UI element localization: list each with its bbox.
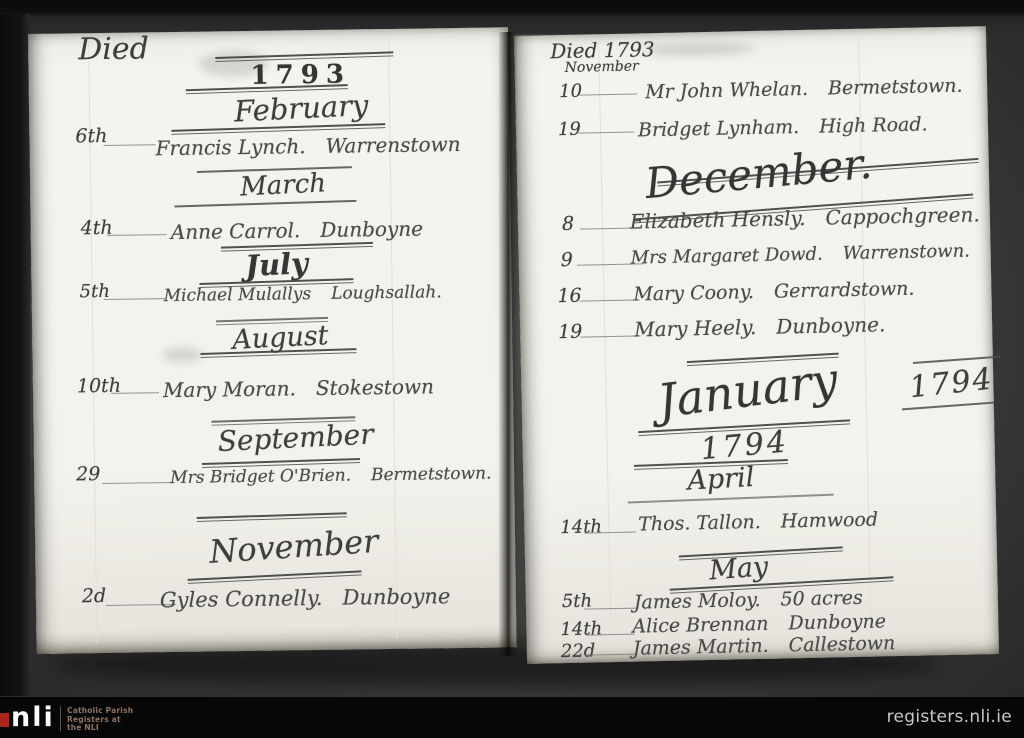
entry-place: High Road. (819, 115, 928, 136)
month-heading-november: November (208, 525, 379, 568)
register-entry: James Martin. Callestown (633, 634, 896, 658)
entry-name: Mr John Whelan. (645, 80, 808, 102)
entry-place: Dunboyne (788, 612, 886, 633)
entry-day: 16 (557, 287, 582, 307)
background-left-band (0, 14, 30, 696)
entry-dash (578, 132, 634, 134)
entry-place: Stokestown (316, 376, 434, 398)
entry-dash (584, 532, 636, 534)
entry-place: Dunboyne (342, 586, 450, 609)
entry-day: 29 (76, 465, 100, 484)
footer-brand-line: the NLI (67, 724, 133, 733)
entry-name: Mrs Margaret Dowd. (630, 246, 822, 268)
entry-place: 50 acres (780, 589, 863, 610)
entry-dash (107, 234, 167, 236)
page-header-died: Died (78, 34, 149, 65)
margin-year: 1794 (908, 364, 995, 403)
entry-place: Bermetstown. (828, 77, 963, 99)
entry-dash (104, 298, 166, 300)
entry-day: 2d (82, 587, 107, 606)
register-entry: Mrs Margaret Dowd. Warrenstown. (630, 243, 970, 268)
register-entry: Gyles Connelly. Dunboyne (160, 586, 451, 611)
register-entry: Mary Moran. Stokestown (163, 376, 434, 400)
ink-smudge (644, 41, 754, 57)
page-subheader-november: November (565, 59, 639, 75)
entry-day: 19 (558, 121, 581, 139)
month-heading-february: February (233, 91, 369, 127)
entry-dash (104, 144, 156, 146)
register-entry: Mrs Bridget O'Brien. Bermetstown. (170, 466, 491, 487)
entry-place: Hamwood (781, 510, 879, 531)
entry-place: Cappochgreen. (825, 204, 980, 227)
entry-day: 14th (560, 620, 602, 639)
entry-name: Francis Lynch. (155, 136, 305, 158)
entry-name: Mary Coony. (633, 283, 754, 305)
entry-name: Gyles Connelly. (160, 588, 323, 611)
footer-bar: nli Catholic Parish Registers at the NLI… (0, 697, 1024, 738)
entry-dash (585, 654, 637, 656)
register-entry: Mary Coony. Gerrardstown. (633, 280, 914, 305)
entry-place: Callestown (788, 634, 895, 655)
entry-name: Bridget Lynham. (638, 118, 800, 140)
register-page-right: Died 1793 November 10 Mr John Whelan. Be… (514, 26, 999, 664)
entry-day: 10 (559, 83, 582, 101)
entry-place: Loughsallah. (331, 284, 442, 303)
month-heading-march: March (240, 170, 327, 200)
entry-name: Alice Brennan (632, 615, 769, 637)
register-page-left: Died 1793 February 6th Francis Lynch. Wa… (28, 27, 517, 654)
register-entry: Mary Heely. Dunboyne. (634, 314, 886, 339)
entry-place: Bermetstown. (371, 466, 492, 485)
nli-logo: nli (11, 702, 55, 733)
entry-dash (579, 93, 637, 95)
register-entry: Anne Carrol. Dunboyne (171, 219, 423, 243)
month-heading-april: April (687, 464, 755, 495)
entry-dash (580, 335, 640, 337)
april-rule-bottom (628, 494, 834, 504)
entry-day: 14th (560, 518, 602, 537)
nli-red-square-icon (0, 713, 9, 727)
footer-divider (60, 706, 61, 731)
entry-day: 6th (75, 127, 107, 146)
entry-name: Anne Carrol. (171, 220, 301, 242)
page-fold-line (388, 37, 397, 639)
entry-name: Mary Heely. (634, 317, 757, 340)
register-entry: James Moloy. 50 acres (634, 589, 863, 613)
footer-brand-text: Catholic Parish Registers at the NLI (67, 707, 133, 733)
entry-name: Mrs Bridget O'Brien. (170, 468, 351, 488)
book-gutter-shadow (498, 32, 518, 656)
entry-name: Elizabeth Hensly. (630, 208, 806, 232)
month-heading-december: December. (644, 143, 874, 205)
entry-dash (102, 482, 172, 484)
november-rule-bottom (188, 570, 362, 583)
entry-day: 19 (558, 323, 583, 343)
month-heading-july: July (245, 249, 309, 281)
august-rule-bottom (200, 348, 356, 358)
page-fold-line (598, 42, 612, 652)
ink-smudge (162, 347, 202, 364)
entry-name: Michael Mulallys (164, 286, 312, 305)
entry-dash (111, 392, 159, 394)
entry-place: Warrenstown. (843, 243, 971, 264)
entry-place: Dunboyne. (776, 314, 885, 336)
register-entry: Bridget Lynham. High Road. (638, 115, 928, 140)
footer-site-url: registers.nli.ie (887, 707, 1012, 727)
register-entry: Mr John Whelan. Bermetstown. (645, 77, 963, 103)
month-heading-september: September (217, 421, 374, 457)
register-entry: Elizabeth Hensly. Cappochgreen. (630, 204, 980, 231)
entry-name: Mary Moran. (163, 378, 296, 400)
entry-place: Dunboyne (320, 219, 423, 240)
entry-day: 8 (562, 215, 574, 234)
entry-day: 9 (561, 251, 573, 270)
register-entry: Thos. Tallon. Hamwood (638, 510, 878, 534)
november-rule-top (197, 512, 347, 522)
entry-dash (580, 299, 640, 301)
register-entry: Michael Mulallys Loughsallah. (164, 284, 442, 305)
register-entry: Francis Lynch. Warrenstown (155, 134, 460, 158)
page-header-died-year: Died 1793 (550, 39, 655, 61)
entry-name: James Martin. (633, 637, 769, 659)
entry-name: Thos. Tallon. (638, 513, 761, 535)
month-heading-may: May (708, 553, 769, 584)
entry-place: Gerrardstown. (774, 280, 915, 302)
entry-place: Warrenstown (325, 134, 460, 156)
entry-name: James Moloy. (634, 591, 761, 613)
month-heading-january: January (655, 356, 840, 424)
entry-day: 22d (561, 642, 596, 661)
